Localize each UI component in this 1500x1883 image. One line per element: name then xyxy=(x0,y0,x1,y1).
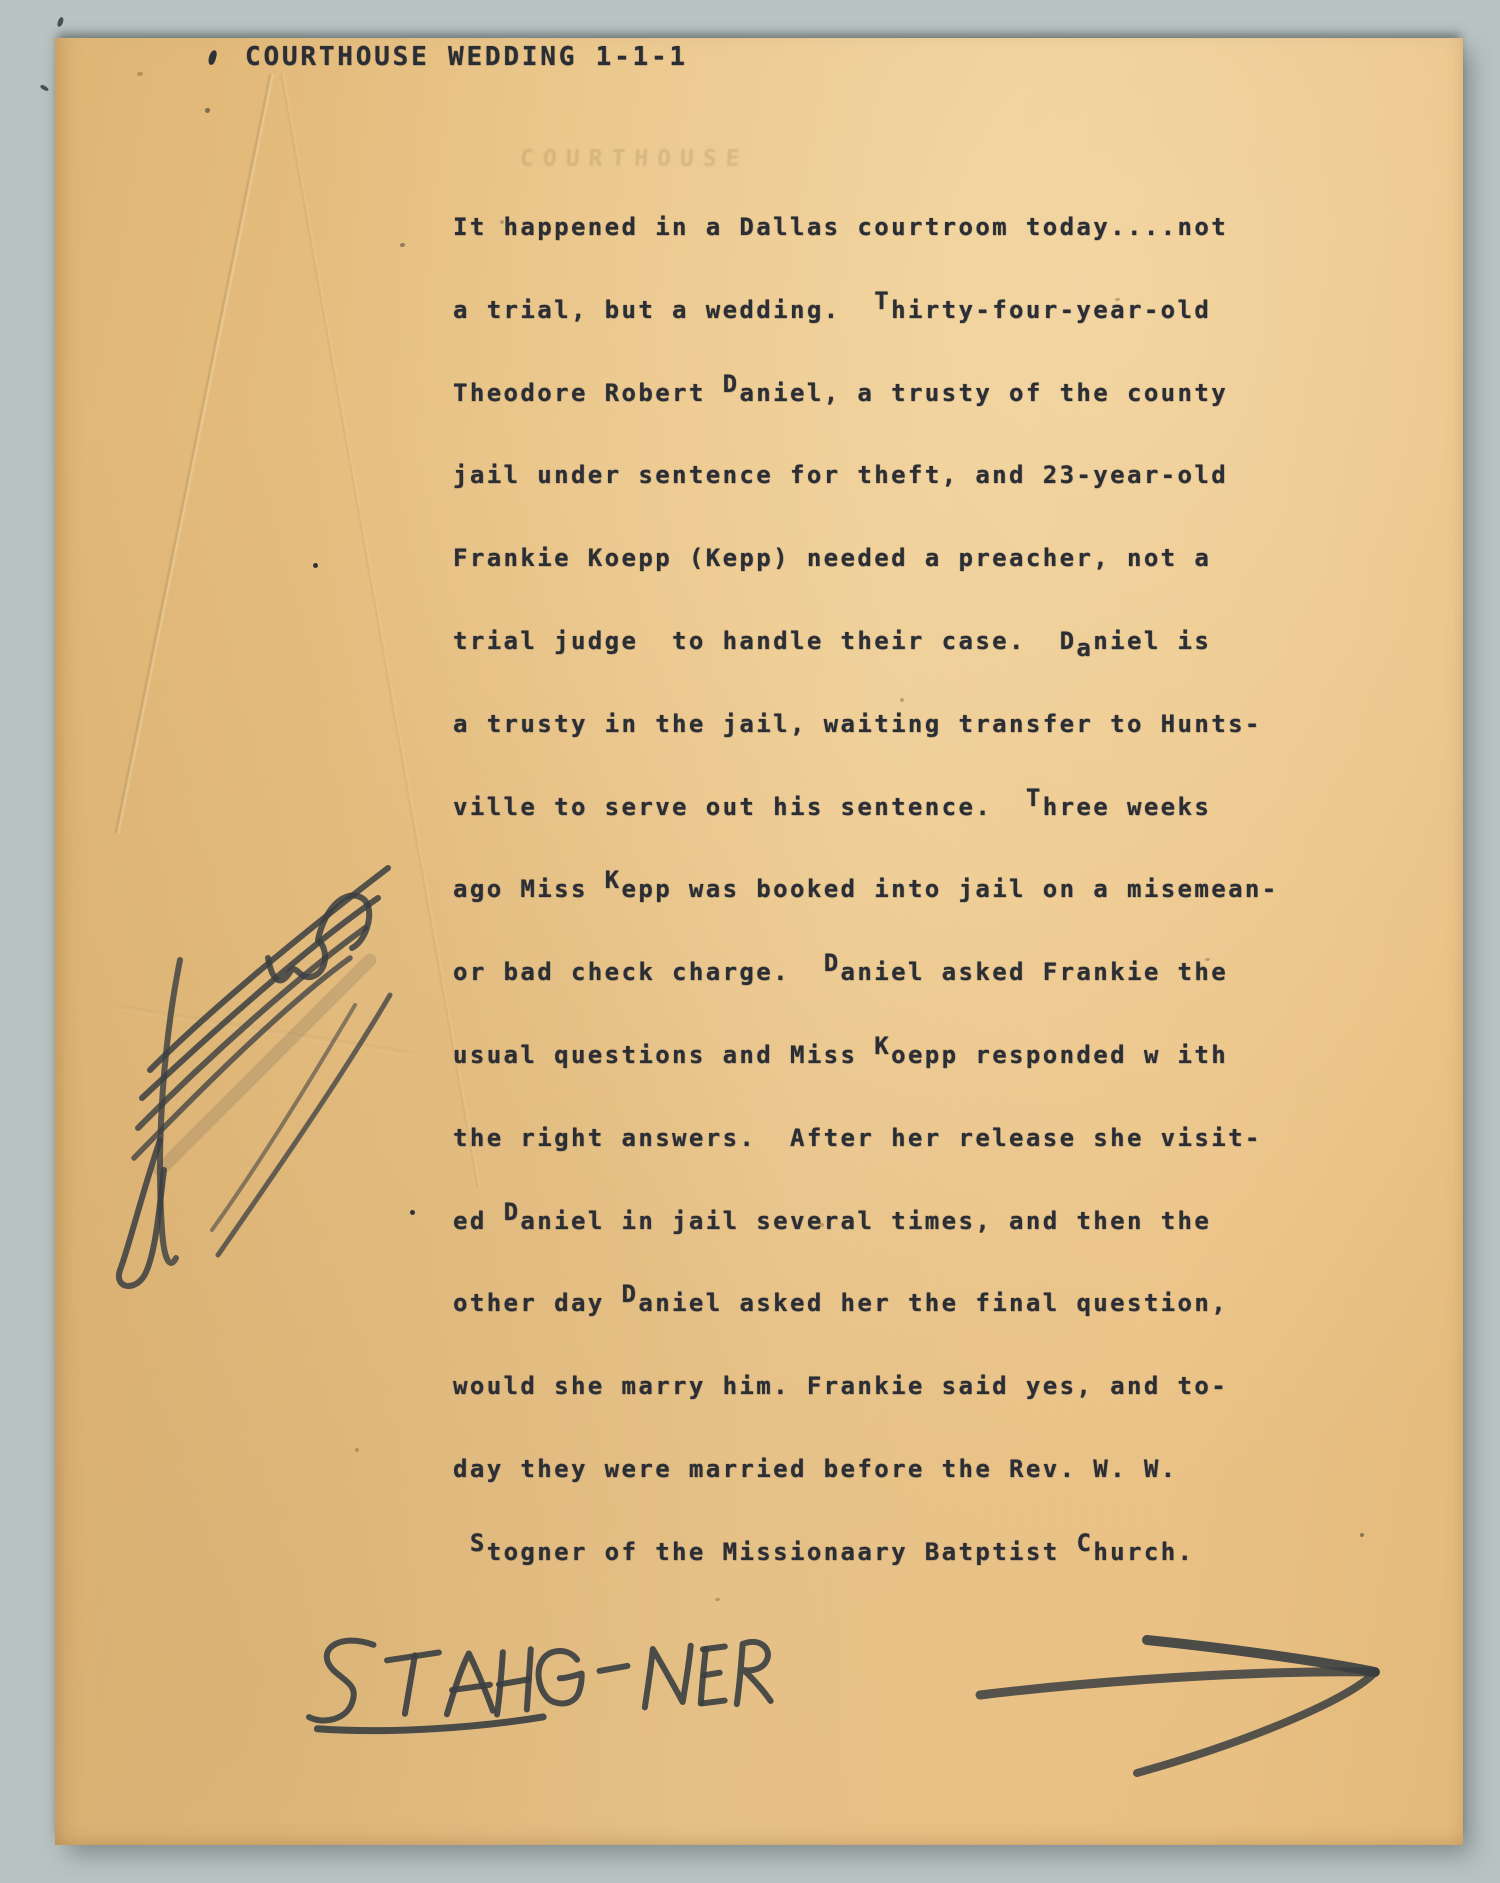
ink-speck xyxy=(313,563,318,568)
text-line: trial judge to handle their case. Daniel… xyxy=(453,600,1279,683)
ink-speck xyxy=(57,16,65,27)
text-line: a trusty in the jail, waiting transfer t… xyxy=(453,683,1279,766)
arrow-annotation xyxy=(955,1615,1400,1790)
text-line: ago Miss Kepp was booked into jail on a … xyxy=(453,848,1279,931)
text-line: ville to serve out his sentence. Three w… xyxy=(453,766,1279,849)
text-line: would she marry him. Frankie said yes, a… xyxy=(453,1345,1279,1428)
paper-fleck xyxy=(205,108,210,113)
text-line: day they were married before the Rev. W.… xyxy=(453,1428,1279,1511)
text-line: other day Daniel asked her the final que… xyxy=(453,1262,1279,1345)
text-line: a trial, but a wedding. Thirty-four-year… xyxy=(453,269,1279,352)
text-line: or bad check charge. Daniel asked Franki… xyxy=(453,931,1279,1014)
text-line: Frankie Koepp (Kepp) needed a preacher, … xyxy=(453,517,1279,600)
pencil-scribble xyxy=(100,840,420,1300)
text-line: ed Daniel in jail several times, and the… xyxy=(453,1180,1279,1263)
paper-fleck xyxy=(400,243,405,247)
paper-fleck xyxy=(355,1448,359,1452)
text-line: usual questions and Miss Koepp responded… xyxy=(453,1014,1279,1097)
ink-speck xyxy=(40,84,50,92)
document-title: COURTHOUSE WEDDING 1-1-1 xyxy=(245,42,688,72)
scanned-document-screenshot: { "page": { "background_color": "#b9c3c1… xyxy=(0,0,1500,1883)
text-line: the right answers. After her release she… xyxy=(453,1097,1279,1180)
text-line: jail under sentence for theft, and 23-ye… xyxy=(453,434,1279,517)
paper-fleck xyxy=(137,72,143,76)
text-line: Stogner of the Missionaary Batptist Chur… xyxy=(453,1511,1279,1594)
text-line: Theodore Robert Daniel, a trusty of the … xyxy=(453,352,1279,435)
handwritten-stogner-note xyxy=(298,1617,782,1754)
typewritten-body: It happened in a Dallas courtroom today.… xyxy=(453,186,1279,1594)
paper-fleck xyxy=(1360,1533,1364,1537)
text-line: It happened in a Dallas courtroom today.… xyxy=(453,186,1279,269)
paper-fleck xyxy=(715,1598,720,1601)
paper-crease xyxy=(114,73,275,834)
ghost-impression: COURTHOUSE xyxy=(519,146,749,172)
